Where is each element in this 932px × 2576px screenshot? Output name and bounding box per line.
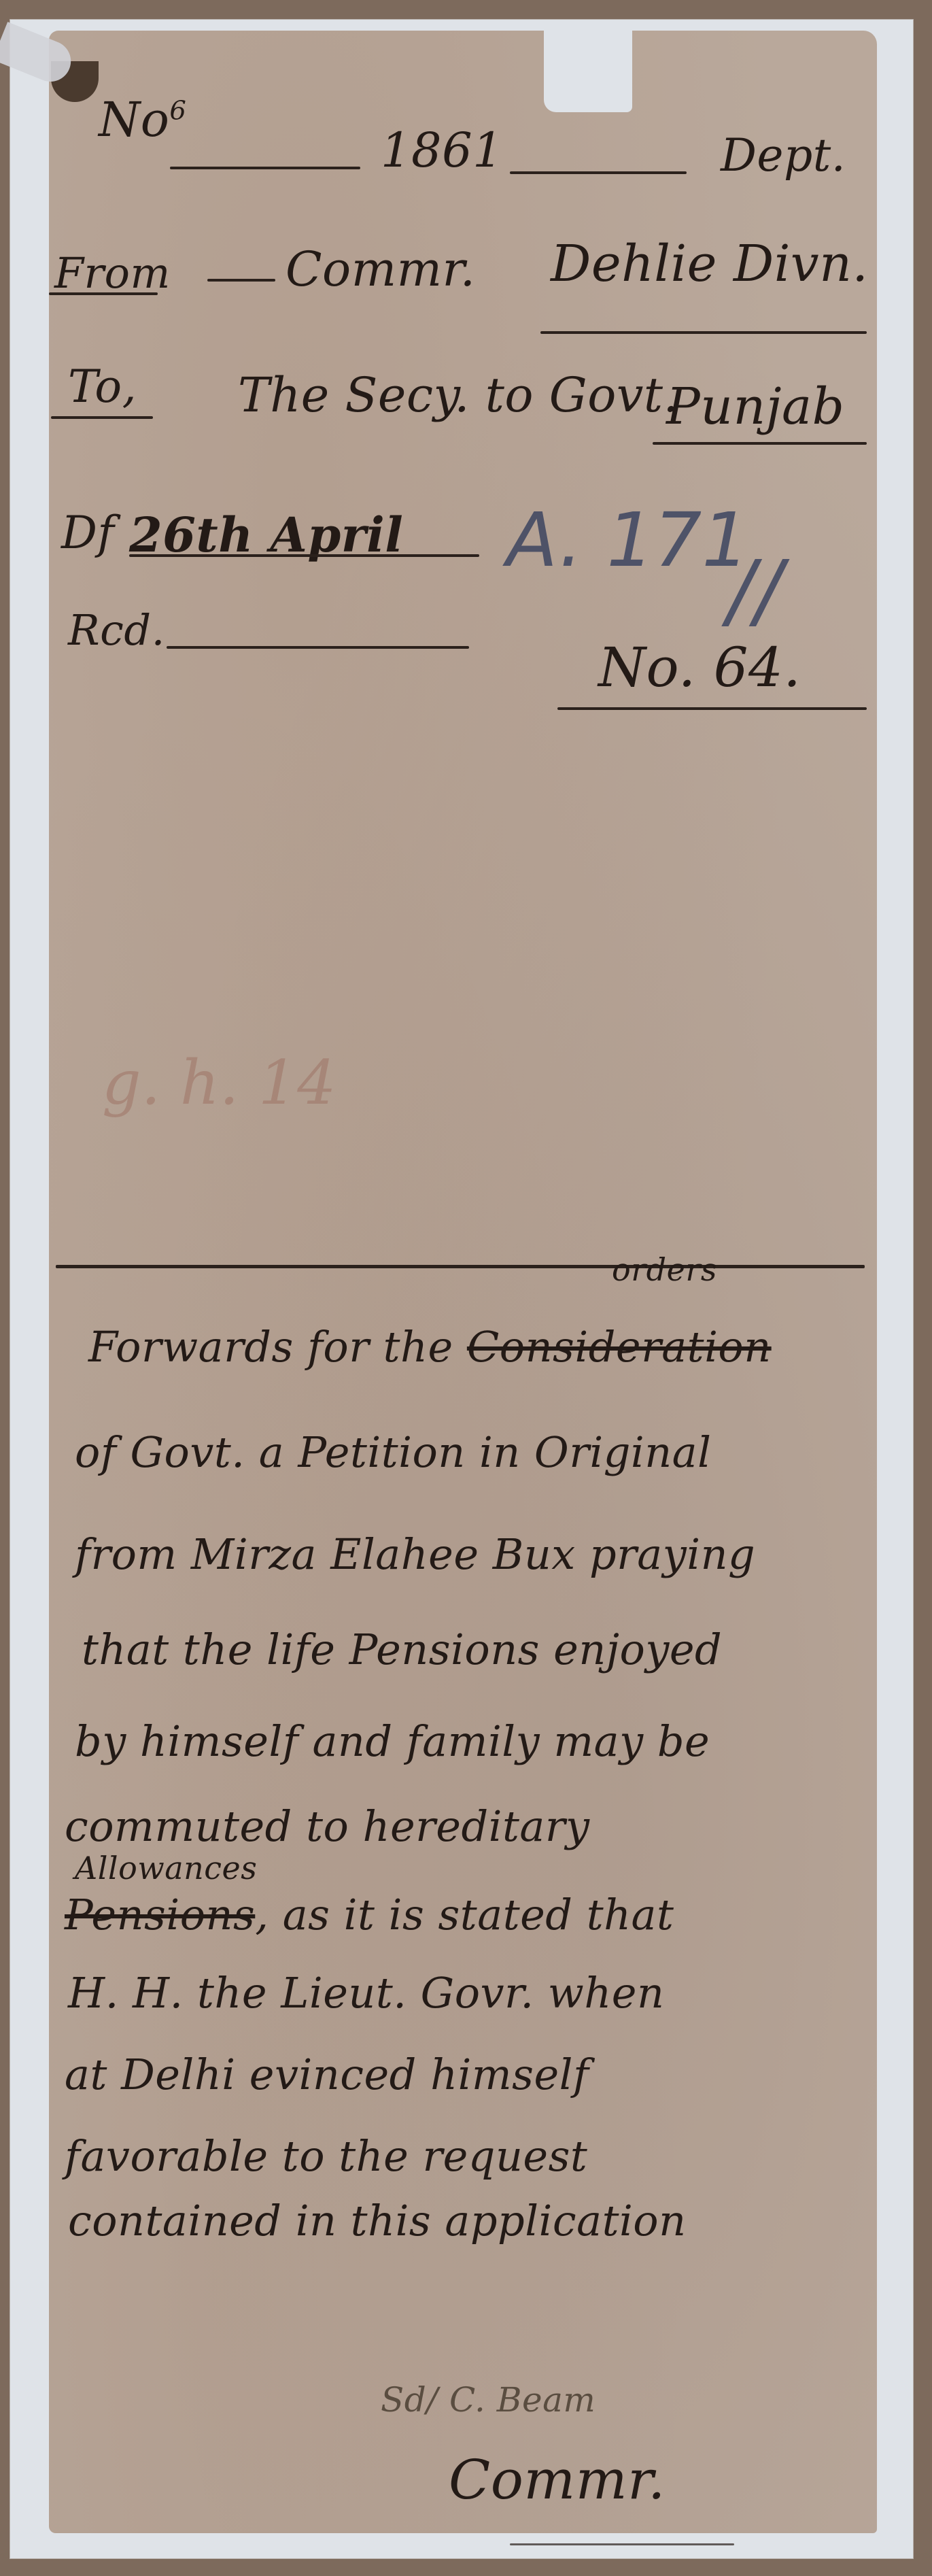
struck-consideration: Consideration [467, 1322, 772, 1372]
signature-rule [510, 2543, 734, 2545]
letter-number: No. 64. [598, 636, 801, 699]
dated-rule [129, 554, 479, 557]
year: 1861 [381, 122, 503, 178]
body-line-5: by himself and family may be [75, 1721, 710, 1763]
struck-pensions: Pensions [65, 1890, 255, 1939]
from-label-rule [49, 292, 158, 295]
from-label: From [54, 248, 171, 298]
to-label-rule [51, 416, 153, 419]
body-line-10: favorable to the request [65, 2135, 587, 2177]
inserted-orders: orders [612, 1251, 717, 1288]
number-label: No6 [99, 92, 186, 148]
body-line-3: from Mirza Elahee Bux praying [75, 1533, 755, 1576]
body-line-4: that the life Pensions enjoyed [82, 1629, 722, 1671]
from-division-rule [540, 331, 867, 334]
to-value: The Secy. to Govt. [238, 367, 678, 423]
signature-name: Sd/ C. Beam [381, 2380, 596, 2420]
blue-pencil-ref: A. 171 [506, 496, 749, 583]
from-division: Dehlie Divn. [551, 235, 868, 293]
from-value: Commr. [286, 241, 475, 297]
body-line-8-visible: H. H. the Lieut. Govr. when [68, 1972, 664, 2014]
recd-rule [167, 646, 469, 649]
to-label: To, [68, 360, 137, 413]
body-line-1-text: Forwards for the [88, 1322, 453, 1372]
body-line-2: of Govt. a Petition in Original [75, 1431, 711, 1474]
dept-label: Dept. [721, 129, 846, 182]
from-dash [207, 279, 275, 282]
faint-pencil-note: g. h. 14 [102, 1047, 336, 1119]
number-label-text: No [99, 92, 169, 148]
inserted-allowances: Allowances [75, 1850, 257, 1886]
body-line-7: Pensions, as it is stated that [65, 1894, 674, 1936]
signature-title: Commr. [449, 2448, 666, 2511]
section-divider [56, 1265, 865, 1268]
number-rule [170, 167, 360, 169]
year-rule [510, 171, 687, 174]
blue-pencil-slashes: // [727, 544, 782, 639]
body-line-7-text: , as it is stated that [255, 1890, 674, 1939]
to-region-rule [653, 442, 867, 445]
torn-notch [544, 31, 632, 112]
body-line-11: contained in this application [68, 2200, 687, 2242]
to-region: Punjab [666, 377, 845, 436]
dated-label: Df [61, 507, 114, 559]
body-line-1: Forwards for the Consideration [88, 1326, 772, 1368]
recd-label: Rcd. [68, 605, 165, 655]
body-line-6: commuted to hereditary [65, 1806, 590, 1848]
letter-number-rule [557, 707, 867, 710]
number-value: 6 [169, 96, 186, 126]
body-line-9: at Delhi evinced himself [65, 2054, 589, 2096]
